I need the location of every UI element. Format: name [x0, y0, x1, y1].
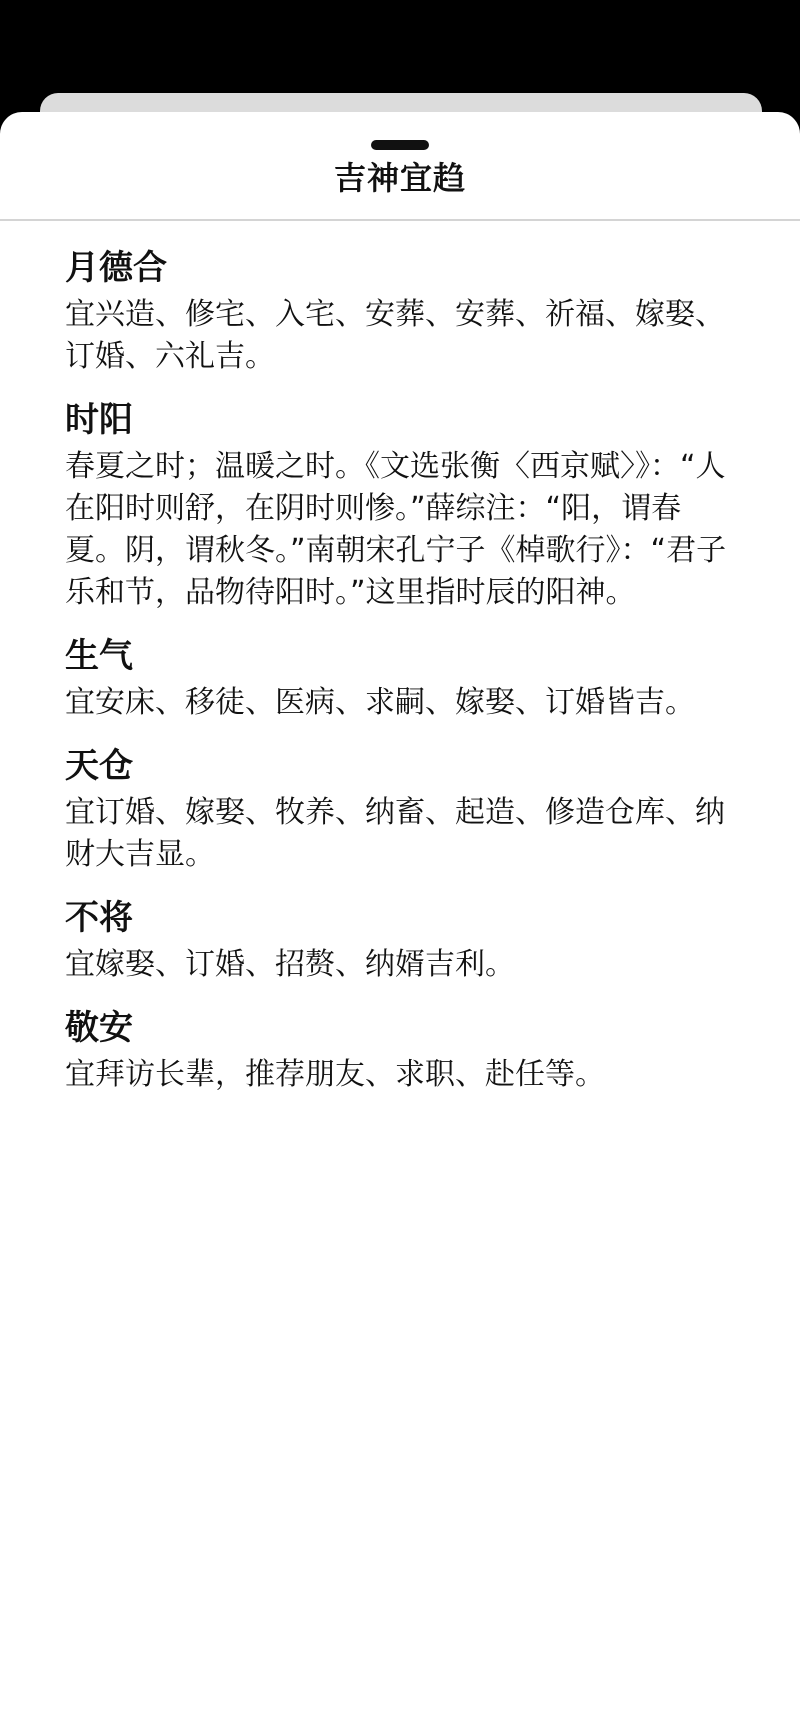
section-sheng-qi: 生气 宜安床、移徒、医病、求嗣、嫁娶、订婚皆吉。: [65, 630, 740, 724]
section-description: 宜安床、移徒、医病、求嗣、嫁娶、订婚皆吉。: [65, 682, 740, 724]
section-title: 不将: [65, 892, 740, 944]
section-title: 月德合: [65, 242, 740, 294]
section-yue-de-he: 月德合 宜兴造、修宅、入宅、安葬、安葬、祈福、嫁娶、订婚、六礼吉。: [65, 242, 740, 378]
drag-handle[interactable]: [371, 140, 429, 150]
sheet-title: 吉神宜趋: [0, 152, 800, 204]
section-jing-an: 敬安 宜拜访长辈，推荐朋友、求职、赴任等。: [65, 1002, 740, 1096]
section-description: 宜兴造、修宅、入宅、安葬、安葬、祈福、嫁娶、订婚、六礼吉。: [65, 294, 740, 378]
section-title: 生气: [65, 630, 740, 682]
section-description: 春夏之时；温暖之时。《文选张衡〈西京赋〉》：“人在阳时则舒，在阴时则惨。”薛综注…: [65, 446, 740, 614]
auspicious-gods-list: 月德合 宜兴造、修宅、入宅、安葬、安葬、祈福、嫁娶、订婚、六礼吉。 时阳 春夏之…: [65, 242, 740, 1112]
section-description: 宜嫁娶、订婚、招赘、纳婿吉利。: [65, 944, 740, 986]
section-shi-yang: 时阳 春夏之时；温暖之时。《文选张衡〈西京赋〉》：“人在阳时则舒，在阴时则惨。”…: [65, 394, 740, 614]
section-description: 宜拜访长辈，推荐朋友、求职、赴任等。: [65, 1054, 740, 1096]
section-title: 敬安: [65, 1002, 740, 1054]
section-title: 时阳: [65, 394, 740, 446]
section-tian-cang: 天仓 宜订婚、嫁娶、牧养、纳畜、起造、修造仓库、纳财大吉显。: [65, 740, 740, 876]
section-bu-jiang: 不将 宜嫁娶、订婚、招赘、纳婿吉利。: [65, 892, 740, 986]
header-divider: [0, 219, 800, 221]
section-description: 宜订婚、嫁娶、牧养、纳畜、起造、修造仓库、纳财大吉显。: [65, 792, 740, 876]
section-title: 天仓: [65, 740, 740, 792]
bottom-sheet: 吉神宜趋 月德合 宜兴造、修宅、入宅、安葬、安葬、祈福、嫁娶、订婚、六礼吉。 时…: [0, 112, 800, 1731]
